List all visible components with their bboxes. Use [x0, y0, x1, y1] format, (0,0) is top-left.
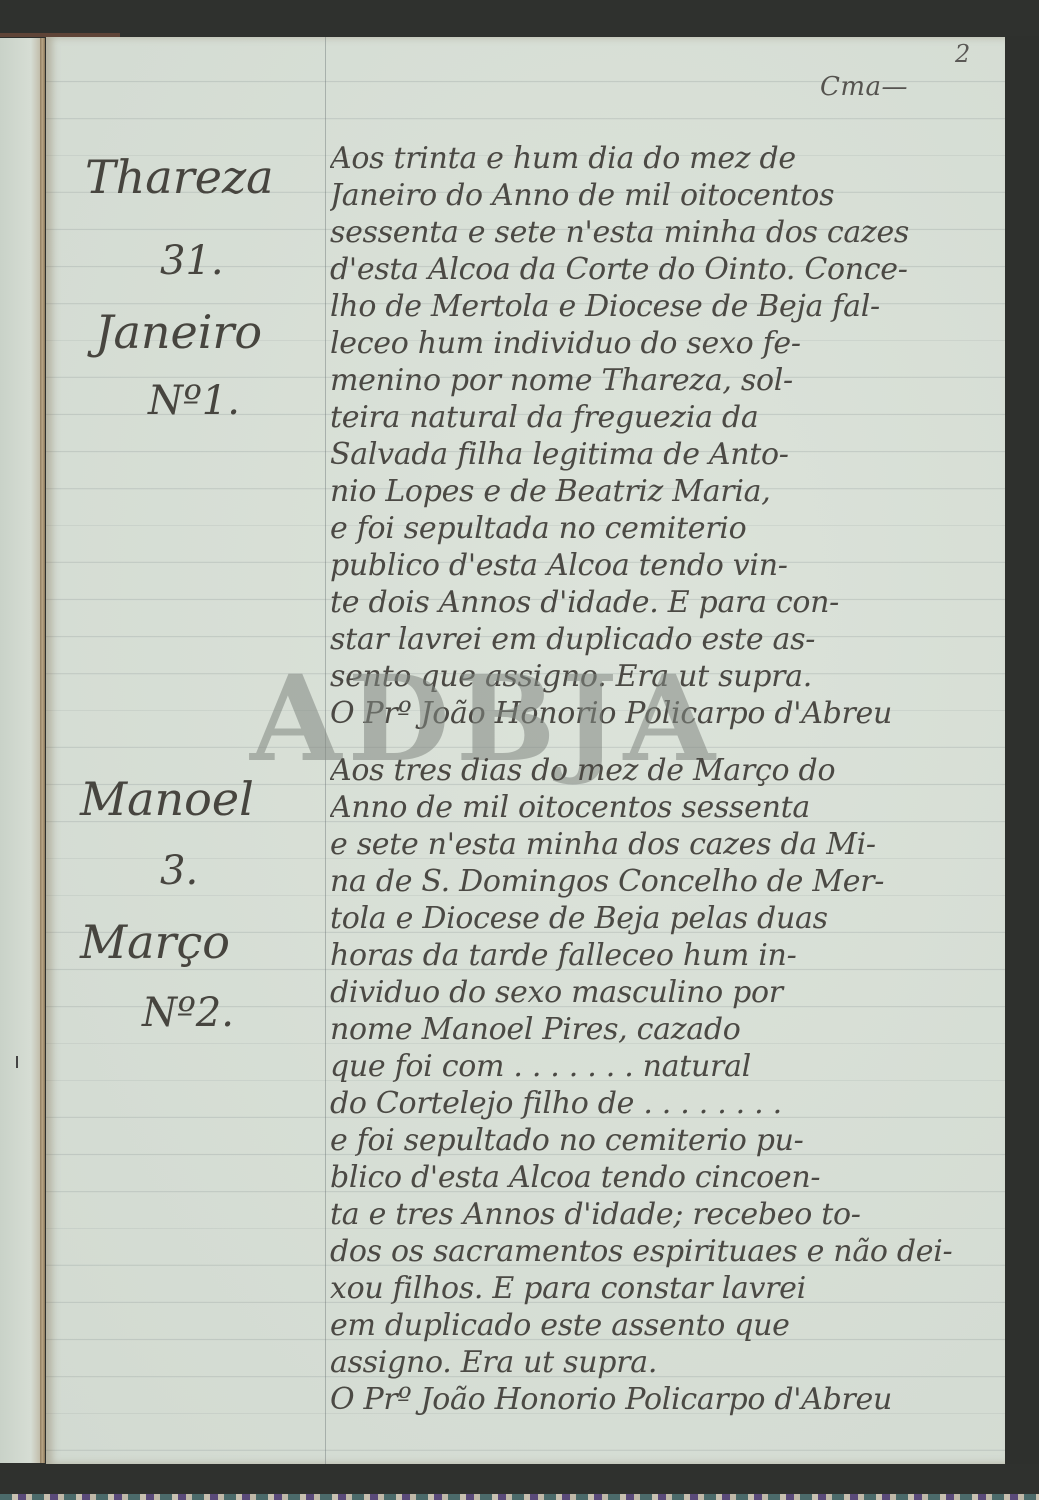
- entry-line: teira natural da freguezia da: [330, 399, 990, 436]
- entry-line: e foi sepultado no cemiterio pu-: [330, 1122, 990, 1159]
- entry-1-number: Nº1.: [148, 378, 240, 424]
- entry-line: Janeiro do Anno de mil oitocentos: [330, 177, 990, 214]
- entry-line: blico d'esta Alcoa tendo cincoen-: [330, 1159, 990, 1196]
- entry-1-month: Janeiro: [95, 305, 262, 359]
- entry-line: assigno. Era ut supra.: [330, 1344, 990, 1381]
- ink-mark: [16, 1056, 18, 1068]
- entry-line: leceo hum individuo do sexo fe-: [330, 325, 990, 362]
- entry-line: na de S. Domingos Concelho de Mer-: [330, 863, 990, 900]
- scan-background-top: [0, 0, 1039, 36]
- entry-1-name: Thareza: [85, 150, 274, 204]
- entry-2-month: Março: [80, 915, 230, 969]
- entry-line: e foi sepultada no cemiterio: [330, 510, 990, 547]
- entry-line: d'esta Alcoa da Corte do Ointo. Conce-: [330, 251, 990, 288]
- color-calibration-strip: [0, 1494, 1039, 1500]
- entry-line: dividuo do sexo masculino por: [330, 974, 990, 1011]
- entry-line: horas da tarde falleceo hum in-: [330, 937, 990, 974]
- entry-line: xou filhos. E para constar lavrei: [330, 1270, 990, 1307]
- entry-line: Aos tres dias do mez de Março do: [330, 752, 990, 789]
- entry-line: menino por nome Thareza, sol-: [330, 362, 990, 399]
- previous-page-edge: [0, 38, 44, 1463]
- entry-2-name: Manoel: [80, 772, 254, 826]
- entry-line: tola e Diocese de Beja pelas duas: [330, 900, 990, 937]
- entry-line: Salvada filha legitima de Anto-: [330, 436, 990, 473]
- entry-line: te dois Annos d'idade. E para con-: [330, 584, 990, 621]
- entry-line: em duplicado este assento que: [330, 1307, 990, 1344]
- catchword: Cma—: [820, 72, 908, 102]
- entry-line: sessenta e sete n'esta minha dos cazes: [330, 214, 990, 251]
- entry-2-signature: O Prº João Honorio Policarpo d'Abreu: [330, 1381, 990, 1418]
- entry-line: nome Manoel Pires, cazado: [330, 1011, 990, 1048]
- page-number: 2: [955, 40, 971, 68]
- entry-line: ta e tres Annos d'idade; recebeo to-: [330, 1196, 990, 1233]
- entry-2-day: 3.: [160, 848, 198, 894]
- scanned-manuscript: 2 Cma— Thareza 31. Janeiro Nº1. Aos trin…: [0, 0, 1039, 1500]
- entry-line: e sete n'esta minha dos cazes da Mi-: [330, 826, 990, 863]
- entry-line: Aos trinta e hum dia do mez de: [330, 140, 990, 177]
- entry-line: que foi com . . . . . . . natural: [330, 1048, 990, 1085]
- entry-1-day: 31.: [160, 238, 224, 284]
- book-binding: [40, 38, 45, 1463]
- entry-line: lho de Mertola e Diocese de Beja fal-: [330, 288, 990, 325]
- entry-line: Anno de mil oitocentos sessenta: [330, 789, 990, 826]
- entry-line: dos os sacramentos espirituaes e não dei…: [330, 1233, 990, 1270]
- entry-line: nio Lopes e de Beatriz Maria,: [330, 473, 990, 510]
- entry-line: publico d'esta Alcoa tendo vin-: [330, 547, 990, 584]
- entry-2-number: Nº2.: [142, 990, 234, 1036]
- entry-line: do Cortelejo filho de . . . . . . . .: [330, 1085, 990, 1122]
